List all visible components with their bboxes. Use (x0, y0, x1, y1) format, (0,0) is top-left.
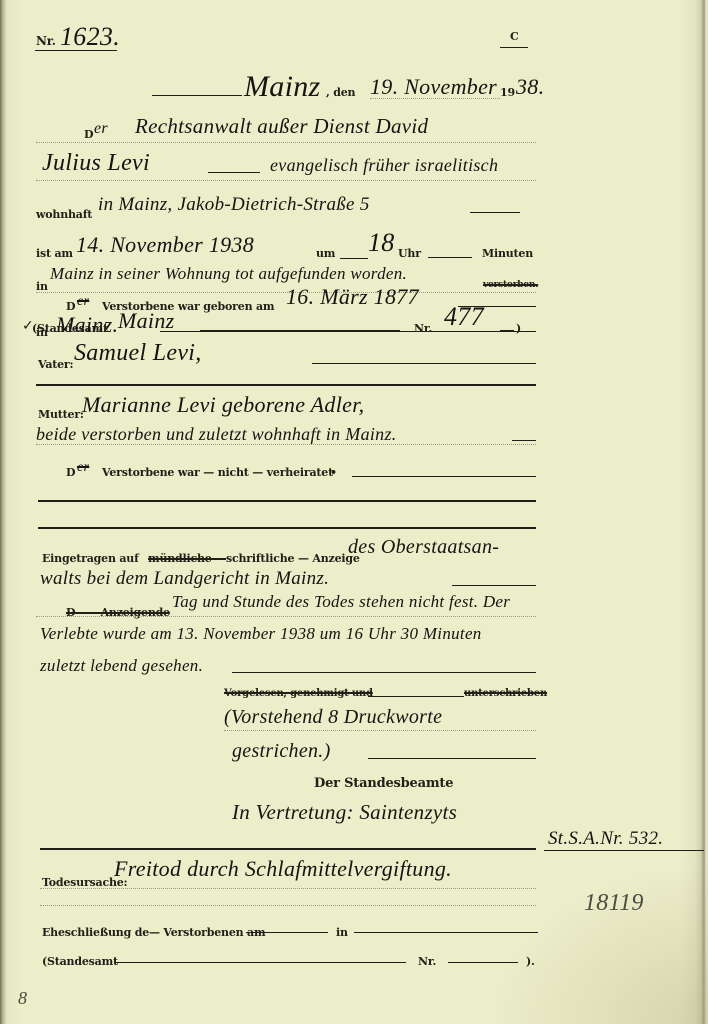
marriage-date-line (246, 932, 328, 933)
marital-prefix: D (66, 466, 75, 479)
residence-value: in Mainz, Jakob-Dietrich-Straße 5 (98, 194, 370, 216)
religion-value: evangelisch früher israelitisch (270, 155, 498, 176)
death-date-value: 14. November 1938 (76, 232, 254, 258)
year-suffix: 38. (516, 74, 544, 100)
marriage-standesamt-label: (Standesamt (42, 955, 118, 968)
dotline-1 (36, 142, 536, 143)
uhr-label: Uhr (398, 247, 421, 260)
year-prefix: 19 (500, 86, 515, 99)
deceased-name: Julius Levi (42, 150, 150, 177)
article-hand: er (94, 120, 108, 138)
standesamt-close: ) (516, 322, 521, 335)
margin-ref-line (544, 850, 704, 851)
marital-article-hand: er (77, 460, 89, 476)
minutes-line (428, 257, 472, 258)
cause-value: Freitod durch Schlafmittelvergiftung. (114, 856, 452, 882)
occupation-value: Rechtsanwalt außer Dienst David (135, 114, 428, 139)
dotline-2 (36, 180, 536, 181)
um-label: um (316, 247, 335, 260)
marriage-label: Eheschließung de— Verstorbenen am (42, 926, 265, 939)
dotline-mother (36, 444, 536, 445)
hour-value: 18 (368, 228, 395, 258)
standesamt-fill-line (200, 330, 400, 331)
father-rule-2 (36, 384, 536, 386)
marital-dot: • (330, 466, 337, 479)
registration-fill-line (452, 585, 536, 586)
vorgelesen-strike-line (368, 696, 464, 697)
note-fill-line (232, 672, 536, 673)
place-value: Mainz (244, 70, 321, 104)
father-fill-line (312, 363, 536, 364)
date-dotline (370, 98, 500, 99)
note-line-1: Tag und Stunde des Todes stehen nicht fe… (172, 592, 510, 612)
dotline-remark (224, 730, 536, 731)
bottom-pencil-mark: 8 (18, 988, 27, 1009)
father-label: Vater: (38, 358, 73, 371)
nr-underline (35, 50, 117, 51)
remark-fill-line (368, 758, 536, 759)
residence-fill-line (470, 212, 520, 213)
standesamt-label: (Standesamt (32, 322, 108, 335)
marital-fill-line (352, 476, 536, 477)
standesamt-nr-value: 477 (444, 302, 484, 332)
father-value: Samuel Levi, (74, 340, 202, 367)
register-nr-label: Nr. (36, 34, 56, 48)
official-signature: In Vertretung: Saintenzyts (232, 800, 457, 825)
corner-mark: C (510, 30, 519, 43)
anzeigende-struck: D—— Anzeigende (66, 606, 170, 619)
signature-rule (40, 848, 536, 850)
verstorben-struck: verstorben. (483, 280, 538, 290)
standesamt-nr-label: Nr. (414, 322, 432, 335)
marital-rule-2 (38, 500, 536, 502)
marriage-nr-label: Nr. (418, 955, 436, 968)
remark-line-2: gestrichen.) (232, 740, 331, 763)
margin-ref: St.S.A.Nr. 532. (548, 828, 663, 850)
mother-fill-line (512, 440, 536, 441)
ist-am-label: ist am (36, 247, 73, 260)
den-label: , den (326, 86, 355, 99)
registration-value-2: walts bei dem Landgericht in Mainz. (40, 568, 329, 590)
place-lead-line (152, 95, 242, 96)
note-line-3: zuletzt lebend gesehen. (40, 656, 203, 676)
marriage-close: ). (526, 955, 535, 968)
remark-line-1: (Vorstehend 8 Druckworte (224, 706, 442, 729)
parents-residence: beide verstorben und zuletzt wohnhaft in… (36, 424, 397, 445)
marriage-place-line (354, 932, 538, 933)
dotline-note-1 (36, 616, 536, 617)
birth-date-value: 16. März 1877 (286, 284, 419, 310)
register-nr-value: 1623. (60, 22, 120, 52)
official-title: Der Standesbeamte (314, 776, 453, 791)
hour-lead-line (340, 258, 368, 259)
dotline-cause-1 (40, 888, 536, 889)
registration-value-1: des Oberstaatsan- (348, 536, 499, 559)
note-line-2: Verlebte wurde am 13. November 1938 um 1… (40, 624, 482, 644)
unterschrieben-struck: unterschrieben (464, 688, 547, 699)
marriage-standesamt-line (116, 962, 406, 963)
wohnhaft-label: wohnhaft (36, 208, 92, 221)
article-prefix: D (84, 128, 93, 141)
minuten-label: Minuten (482, 247, 533, 260)
marriage-in-label: in (336, 926, 348, 939)
mother-label: Mutter: (38, 408, 84, 421)
date-value: 19. November (370, 74, 497, 100)
registration-label: Eingetragen auf (42, 552, 139, 565)
schriftliche-label: schriftliche — Anzeige (226, 552, 360, 565)
marriage-nr-line (448, 962, 518, 963)
muendliche-struck: mündliche — (148, 552, 226, 565)
corner-underline (500, 47, 528, 48)
standesamt-value: Mainz (118, 308, 175, 334)
name-fill-line (208, 172, 260, 173)
birth-article-hand: er (77, 294, 89, 310)
vorgelesen-struck: Vorgelesen, genehmigt und (224, 688, 373, 699)
document-page: Nr. 1623. C Mainz , den 19. November 19 … (0, 0, 708, 1024)
death-place-value: Mainz in seiner Wohnung tot aufgefunden … (50, 264, 407, 284)
dotline-cause-2 (40, 905, 536, 906)
mother-value: Marianne Levi geborene Adler, (82, 392, 364, 418)
pencil-number: 18119 (584, 890, 644, 917)
marital-text: Verstorbene war — nicht — verheiratet (102, 466, 333, 479)
marital-rule-3 (38, 527, 536, 529)
standesamt-nr-line (500, 330, 514, 331)
